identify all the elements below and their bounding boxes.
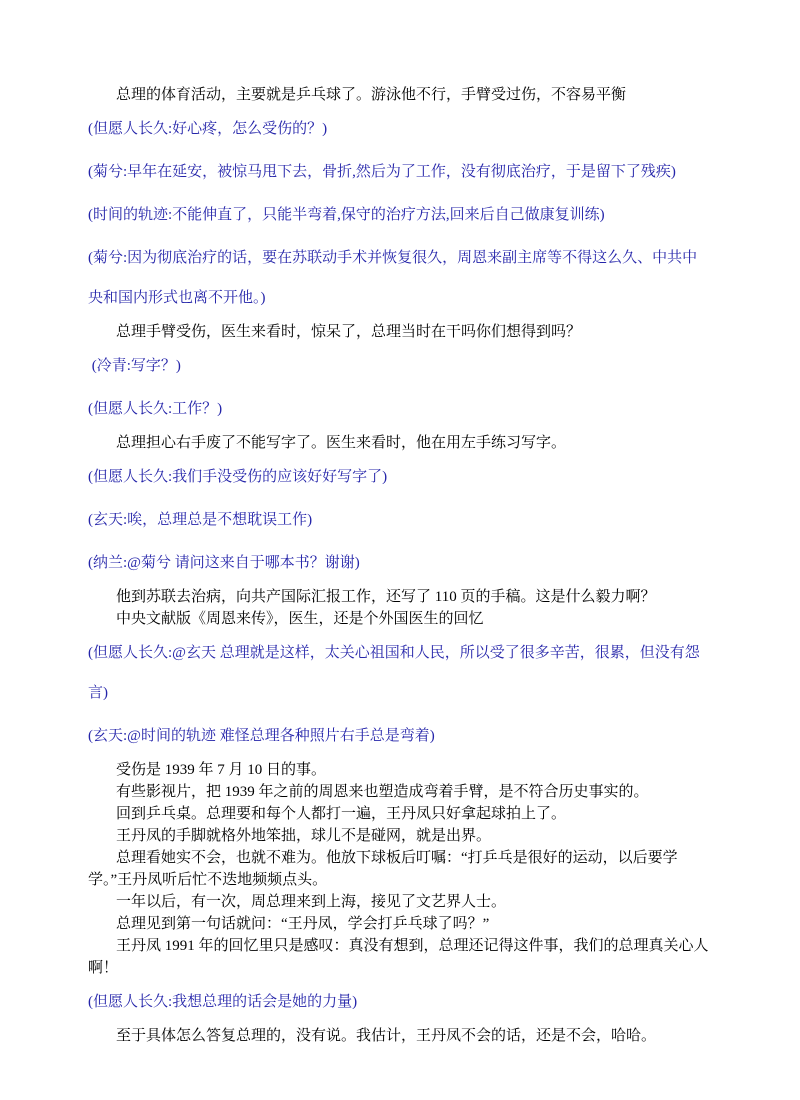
narration-paragraph: 王丹凤的手脚就格外地笨拙，球儿不是碰网，就是出界。 [88, 825, 712, 847]
chat-message: (玄天:@时间的轨迹 难怪总理各种照片右手总是弯着) [88, 716, 712, 756]
chat-message: (但愿人长久:工作？) [88, 389, 712, 429]
narration-paragraph: 受伤是 1939 年 7 月 10 日的事。 [88, 759, 712, 781]
narration-paragraph: 有些影视片，把 1939 年之前的周恩来也塑造成弯着手臂，是不符合历史事实的。 [88, 781, 712, 803]
chat-message: (但愿人长久:好心疼，怎么受伤的？) [88, 109, 712, 149]
chat-message: (但愿人长久:我们手没受伤的应该好好写字了) [88, 457, 712, 497]
narration-paragraph: 回到乒乓桌。总理要和每个人都打一遍，王丹凤只好拿起球拍上了。 [88, 803, 712, 825]
chat-message: (但愿人长久:@玄天 总理就是这样，太关心祖国和人民，所以受了很多辛苦，很累，但… [88, 633, 712, 713]
chat-message: (但愿人长久:我想总理的话会是她的力量) [88, 982, 712, 1022]
chat-message: (冷青:写字？) [88, 346, 712, 386]
narration-paragraph: 中央文献版《周恩来传》，医生，还是个外国医生的回忆 [88, 608, 712, 630]
narration-paragraph: 王丹凤 1991 年的回忆里只是感叹：真没有想到，总理还记得这件事，我们的总理真… [88, 935, 712, 979]
narration-paragraph: 一年以后，有一次，周总理来到上海，接见了文艺界人士。 [88, 891, 712, 913]
narration-paragraph: 他到苏联去治病，向共产国际汇报工作，还写了 110 页的手稿。这是什么毅力啊？ [88, 586, 712, 608]
chat-message: (纳兰:@菊兮 请问这来自于哪本书？谢谢) [88, 543, 712, 583]
narration-paragraph: 总理手臂受伤，医生来看时，惊呆了，总理当时在干吗你们想得到吗？ [88, 321, 712, 343]
chat-message: (菊兮:早年在延安，被惊马甩下去，骨折,然后为了工作，没有彻底治疗，于是留下了残… [88, 152, 712, 192]
narration-paragraph: 总理见到第一句话就问：“王丹凤，学会打乒乓球了吗？” [88, 913, 712, 935]
chat-message: (菊兮:因为彻底治疗的话，要在苏联动手术并恢复很久，周恩来副主席等不得这么久、中… [88, 238, 712, 318]
narration-paragraph: 总理的体育活动，主要就是乒乓球了。游泳他不行，手臂受过伤，不容易平衡 [88, 84, 712, 106]
narration-paragraph: 至于具体怎么答复总理的，没有说。我估计，王丹凤不会的话，还是不会，哈哈。 [88, 1025, 712, 1047]
narration-paragraph: 总理看她实不会，也就不难为。他放下球板后叮嘱：“打乒乓是很好的运动，以后要学学。… [88, 847, 712, 891]
narration-paragraph: 总理担心右手废了不能写字了。医生来看时，他在用左手练习写字。 [88, 432, 712, 454]
chat-message: (时间的轨迹:不能伸直了，只能半弯着,保守的治疗方法,回来后自己做康复训练) [88, 195, 712, 235]
document-content[interactable]: 总理的体育活动，主要就是乒乓球了。游泳他不行，手臂受过伤，不容易平衡(但愿人长久… [0, 0, 800, 1047]
document-page: 总理的体育活动，主要就是乒乓球了。游泳他不行，手臂受过伤，不容易平衡(但愿人长久… [0, 0, 800, 1100]
chat-message: (玄天:唉，总理总是不想耽误工作) [88, 500, 712, 540]
